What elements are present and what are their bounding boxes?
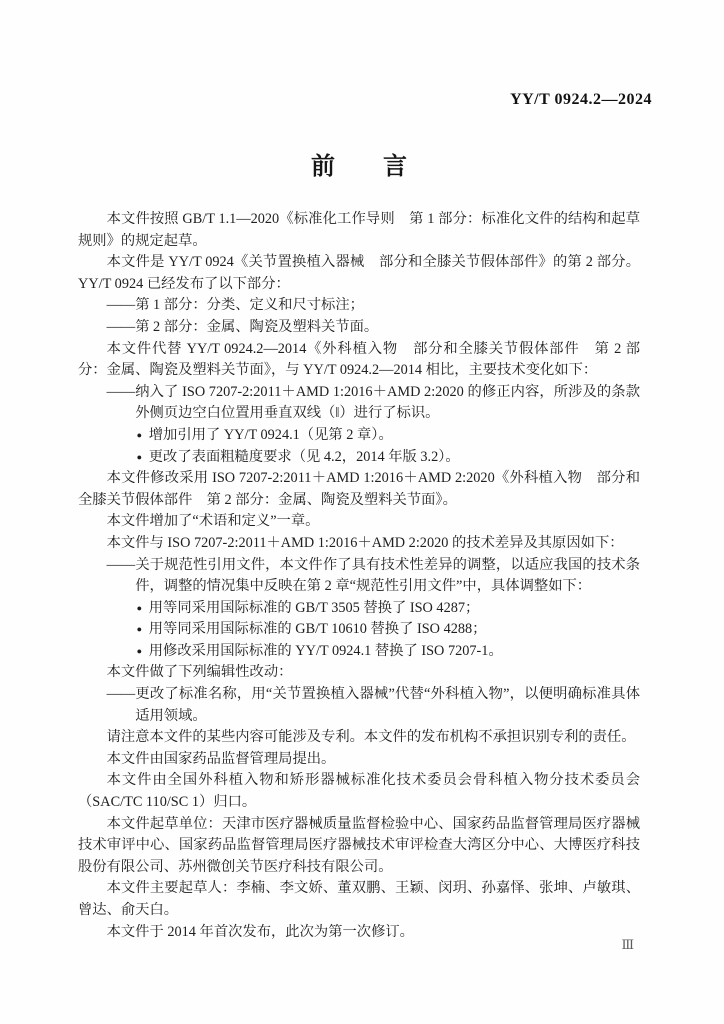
paragraph: 本文件起草单位：天津市医疗器械质量监督检验中心、国家药品监督管理局医疗器械技术审… xyxy=(78,814,640,879)
paragraph-text: 用修改采用国际标准的 YY/T 0924.1 替换了 ISO 7207-1。 xyxy=(149,643,503,659)
paragraph-text: 更改了表面粗糙度要求（见 4.2，2014 年版 3.2）。 xyxy=(149,449,460,465)
paragraph-text: 增加引用了 YY/T 0924.1（见第 2 章）。 xyxy=(149,427,393,443)
paragraph: ——第 1 部分：分类、定义和尺寸标注； xyxy=(78,295,640,317)
paragraph: ●用等同采用国际标准的 GB/T 3505 替换了 ISO 4287； xyxy=(78,598,640,620)
bullet-icon: ● xyxy=(137,598,149,620)
paragraph: 本文件增加了“术语和定义”一章。 xyxy=(78,511,640,533)
paragraph: 本文件代替 YY/T 0924.2—2014《外科植入物 部分和全膝关节假体部件… xyxy=(78,339,640,382)
paragraph: ——关于规范性引用文件，本文件作了具有技术性差异的调整，以适应我国的技术条件，调… xyxy=(78,555,640,598)
paragraph-text: 用等同采用国际标准的 GB/T 3505 替换了 ISO 4287； xyxy=(149,600,480,616)
paragraph: 本文件按照 GB/T 1.1—2020《标准化工作导则 第 1 部分：标准化文件… xyxy=(78,209,640,252)
page-number: Ⅲ xyxy=(621,937,634,953)
paragraph: ●用修改采用国际标准的 YY/T 0924.1 替换了 ISO 7207-1。 xyxy=(78,641,640,663)
paragraph: ——更改了标准名称，用“关节置换植入器械”代替“外科植入物”，以便明确标准具体适… xyxy=(78,684,640,727)
paragraph: 本文件与 ISO 7207-2:2011＋AMD 1:2016＋AMD 2:20… xyxy=(78,533,640,555)
bullet-icon: ● xyxy=(137,425,149,447)
paragraph-text: 用等同采用国际标准的 GB/T 10610 替换了 ISO 4288； xyxy=(149,621,487,637)
paragraph: ——纳入了 ISO 7207-2:2011＋AMD 1:2016＋AMD 2:2… xyxy=(78,382,640,425)
paragraph: ●增加引用了 YY/T 0924.1（见第 2 章）。 xyxy=(78,425,640,447)
paragraph: 本文件是 YY/T 0924《关节置换植入器械 部分和全膝关节假体部件》的第 2… xyxy=(78,252,640,295)
bullet-icon: ● xyxy=(137,447,149,469)
paragraph: ●更改了表面粗糙度要求（见 4.2，2014 年版 3.2）。 xyxy=(78,447,640,469)
standard-number-header: YY/T 0924.2—2024 xyxy=(510,91,652,109)
paragraph: ——第 2 部分：金属、陶瓷及塑料关节面。 xyxy=(78,317,640,339)
paragraph: 本文件由全国外科植入物和矫形器械标准化技术委员会骨科植入物分技术委员会（SAC/… xyxy=(78,770,640,813)
paragraph: 本文件修改采用 ISO 7207-2:2011＋AMD 1:2016＋AMD 2… xyxy=(78,468,640,511)
foreword-title: 前 言 xyxy=(78,146,640,181)
bullet-icon: ● xyxy=(137,619,149,641)
document-page: YY/T 0924.2—2024 前 言 本文件按照 GB/T 1.1—2020… xyxy=(0,0,724,1024)
foreword-body: 本文件按照 GB/T 1.1—2020《标准化工作导则 第 1 部分：标准化文件… xyxy=(78,209,640,943)
paragraph: 本文件于 2014 年首次发布，此次为第一次修订。 xyxy=(78,922,640,944)
paragraph: 本文件主要起草人：李楠、李文娇、董双鹏、王颖、闵玥、孙嘉怿、张坤、卢敏琪、曾达、… xyxy=(78,878,640,921)
paragraph: 本文件做了下列编辑性改动： xyxy=(78,662,640,684)
paragraph: ●用等同采用国际标准的 GB/T 10610 替换了 ISO 4288； xyxy=(78,619,640,641)
bullet-icon: ● xyxy=(137,641,149,663)
paragraph: 请注意本文件的某些内容可能涉及专利。本文件的发布机构不承担识别专利的责任。 xyxy=(78,727,640,749)
paragraph: 本文件由国家药品监督管理局提出。 xyxy=(78,749,640,771)
